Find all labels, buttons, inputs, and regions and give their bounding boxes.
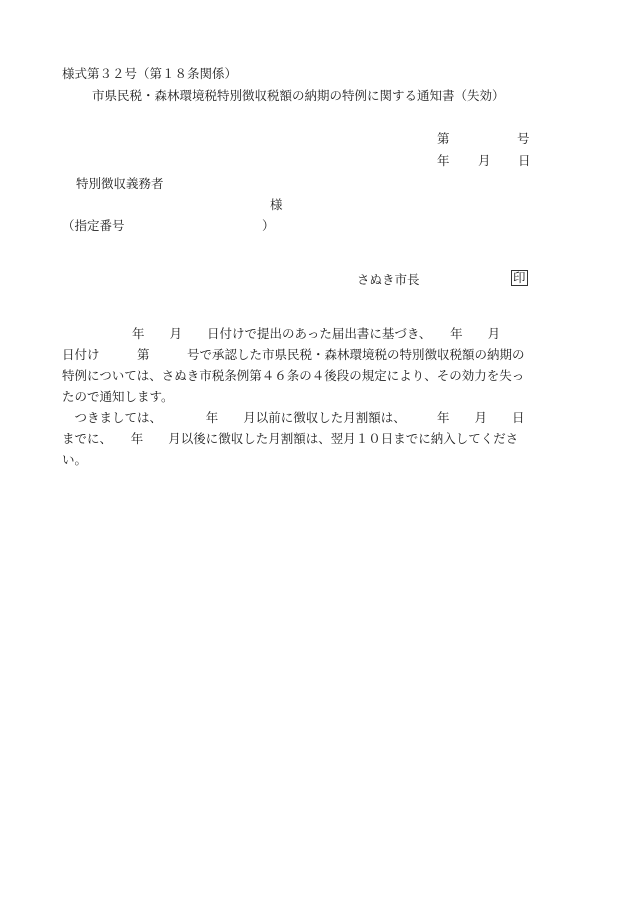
document-number-dai: 第 [437, 131, 450, 147]
issuer-name: さぬき市長 [357, 272, 420, 288]
document-number-go: 号 [517, 131, 530, 147]
form-number: 様式第３２号（第１８条関係） [62, 66, 237, 82]
seal-mark: 印 [511, 270, 528, 286]
recipient-label: 特別徴収義務者 [76, 176, 164, 192]
body-line-5: つきましては、 年 月以前に徴収した月割額は、 年 月 日 [62, 410, 525, 426]
body-line-1: 年 月 日付けで提出のあった届出書に基づき、 年 月 [132, 326, 500, 342]
recipient-honorific: 様 [270, 197, 283, 213]
body-line-3: 特例については、さぬき市税条例第４６条の４後段の規定により、その効力を失っ [62, 368, 524, 384]
date-month: 月 [478, 153, 491, 169]
date-year: 年 [437, 153, 450, 169]
body-line-7: い。 [62, 452, 87, 468]
designation-close: ） [262, 218, 275, 234]
document-title: 市県民税・森林環境税特別徴収税額の納期の特例に関する通知書（失効） [92, 88, 505, 104]
date-day: 日 [518, 153, 531, 169]
body-line-2: 日付け 第 号で承認した市県民税・森林環境税の特別徴収税額の納期の [62, 347, 525, 363]
body-line-6: までに、 年 月以後に徴収した月割額は、翌月１０日までに納入してくださ [62, 431, 518, 447]
seal-icon: 印 [511, 270, 528, 286]
designation-open: （指定番号 [62, 218, 125, 234]
body-line-4: たので通知します。 [62, 389, 174, 405]
